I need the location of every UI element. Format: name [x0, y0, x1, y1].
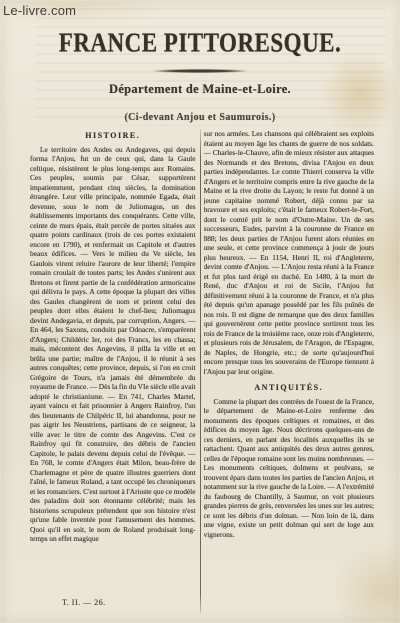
title-divider-rule: [152, 69, 248, 73]
left-column: HISTOIRE. Le territoire des Andes ou And…: [30, 129, 196, 613]
scanned-book-page: Le-livre.com FRANCE PITTORESQUE. Départe…: [0, 0, 400, 623]
two-column-text-block: HISTOIRE. Le territoire des Andes ou And…: [30, 129, 374, 613]
page-title: FRANCE PITTORESQUE.: [0, 28, 400, 59]
histoire-text-continued: sur nos armées. Les chansons qui célébra…: [204, 129, 375, 376]
histoire-text: Le territoire des Andes ou Andegaves, qu…: [30, 145, 196, 544]
department-heading: Département de Maine-et-Loire.: [0, 82, 400, 97]
tome-signature: T. II. — 26.: [62, 598, 106, 607]
verso-show-through: [36, 8, 386, 126]
former-province-subheading: (Ci-devant Anjou et Saumurois.): [0, 112, 400, 123]
antiquites-text: Comme la plupart des contrées de l'ouest…: [204, 397, 375, 540]
right-column: sur nos armées. Les chansons qui célébra…: [204, 129, 375, 613]
scan-watermark: Le-livre.com: [3, 3, 76, 18]
column-divider-rule: [200, 129, 201, 613]
histoire-section-heading: HISTOIRE.: [30, 131, 196, 141]
antiquites-section-heading: ANTIQUITÉS.: [204, 383, 375, 393]
